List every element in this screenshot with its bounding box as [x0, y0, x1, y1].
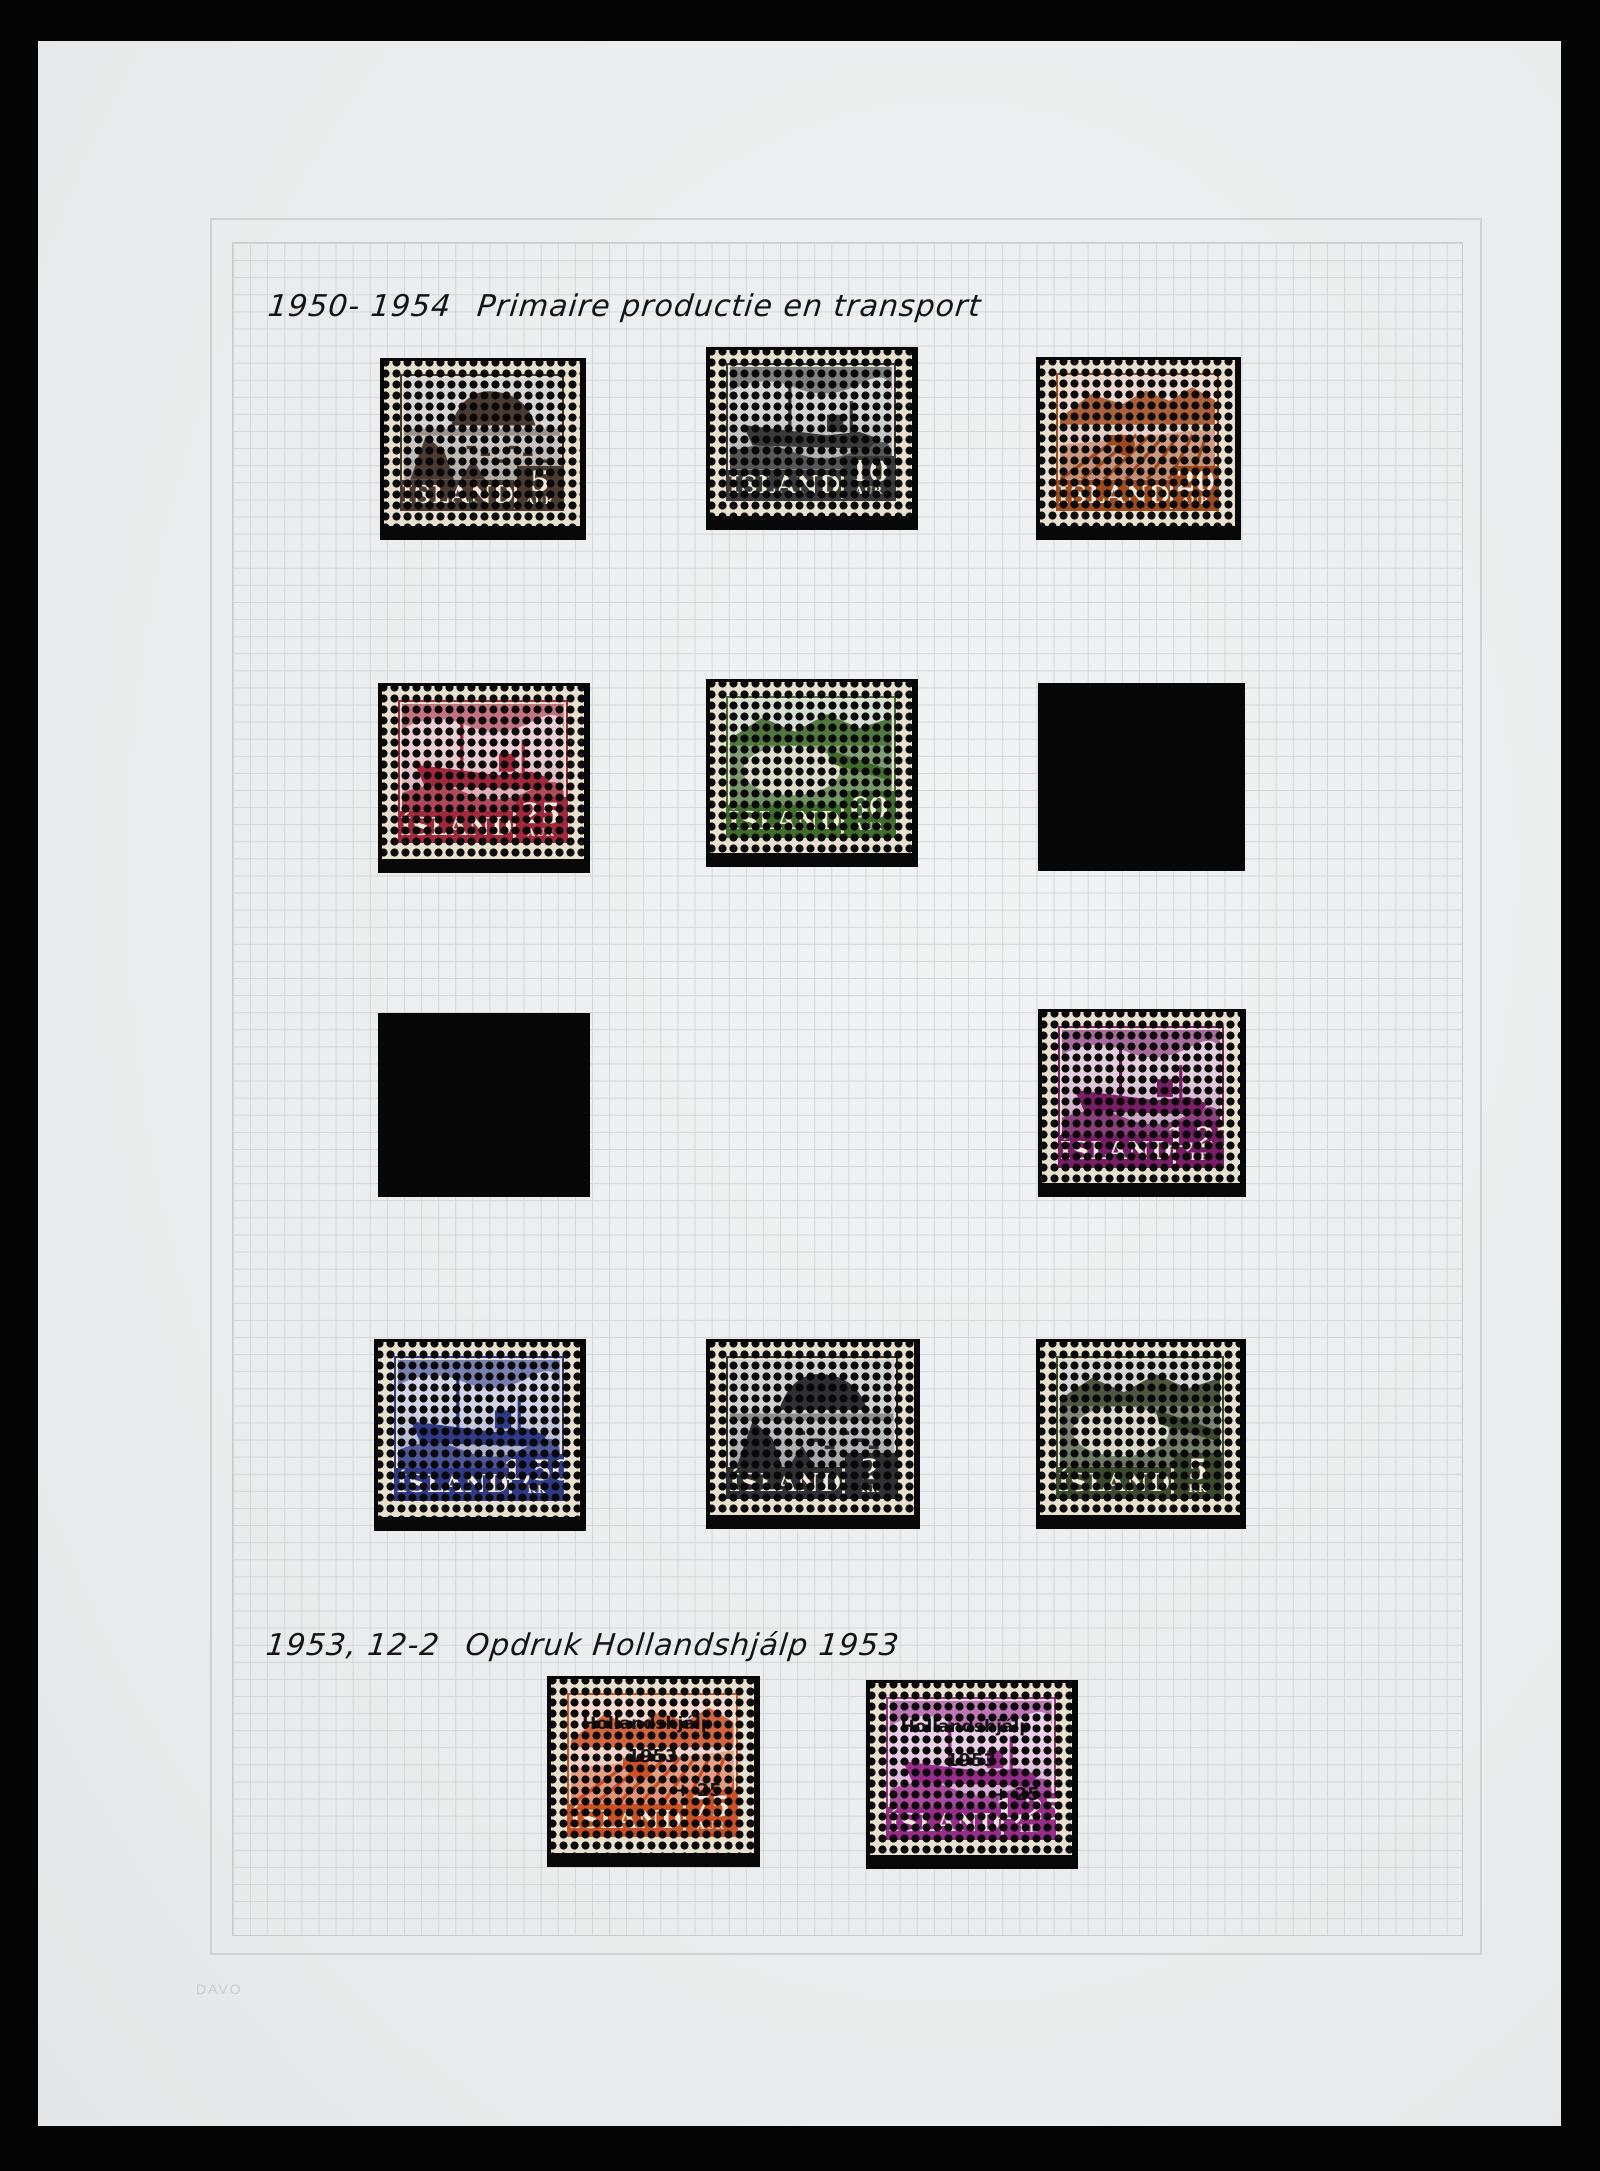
- stamp-overprint: Hollandshjálp 1953 + 25: [888, 1718, 1054, 1804]
- stamp: ÍSLAND 20 AUR: [1040, 360, 1235, 526]
- stamp-design: ÍSLAND 5 KR: [1056, 1356, 1224, 1500]
- rock-harbour-scene-icon: [730, 1360, 893, 1467]
- stamp-country: ÍSLAND: [1058, 1467, 1171, 1498]
- stamp-mount: ÍSLAND 60 AUR: [706, 679, 918, 867]
- stamp-mount: ÍSLAND 10 AUR: [706, 347, 918, 530]
- stamp-label-band: ÍSLAND 5 KR: [1058, 1467, 1222, 1498]
- stamp-vignette: [730, 1360, 893, 1467]
- sheep-scene-icon: [1060, 1360, 1220, 1467]
- stamp-mount: ÍSLAND 2 KR: [706, 1339, 920, 1529]
- stamp-denomination: 60 AUR: [844, 791, 894, 835]
- stamp-label-band: ÍSLAND 2 KR: [728, 1467, 895, 1498]
- stamp-label-band: ÍSLAND 1,25 KR: [888, 1807, 1054, 1838]
- stamp-unit: KR: [861, 1485, 880, 1495]
- stamp-country: ÍSLAND: [1058, 480, 1171, 509]
- trawler-scene-icon: [1062, 1030, 1220, 1136]
- stamp: ÍSLAND 1,50 KR: [378, 1342, 580, 1517]
- stamp-country: ÍSLAND: [1060, 1135, 1173, 1165]
- stamp-country: ÍSLAND: [728, 805, 841, 835]
- stamp-country: ÍSLAND: [396, 1468, 509, 1499]
- stamp-value: 60: [850, 794, 889, 822]
- stamp-value: 1,25: [1166, 1124, 1234, 1152]
- stamp: ÍSLAND 1,25 KR Hollandshjálp 1953 + 25: [870, 1683, 1072, 1855]
- stamp-label-band: ÍSLAND 5 AUR: [402, 480, 563, 509]
- stamp-unit: AUR: [1182, 497, 1210, 507]
- stamp-design: ÍSLAND 10 AUR: [726, 363, 896, 501]
- stamp-value: 2: [861, 1456, 880, 1484]
- stamp-design: ÍSLAND 1,25 KR Hollandshjálp 1953 + 25: [886, 1697, 1056, 1840]
- publisher-watermark: DAVO: [196, 1981, 243, 1997]
- stamp-mount: ÍSLAND 75 AUR Hollandshjálp 1953 + 25: [547, 1676, 760, 1867]
- stamp-denomination: 5 AUR: [517, 466, 562, 509]
- stamp-label-band: ÍSLAND 75 AUR: [569, 1804, 736, 1835]
- overprint-year: 1953: [888, 1751, 1054, 1771]
- stamp-value: 25: [522, 800, 561, 828]
- stamp-value: 5: [530, 468, 549, 496]
- section-heading-1: 1950- 1954Primaire productie en transpor…: [220, 254, 986, 359]
- stamp-denomination: 1,25 KR: [1176, 1121, 1225, 1165]
- stamp-unit: KR: [1190, 1153, 1209, 1163]
- stamp-value: 5: [1188, 1456, 1207, 1484]
- stamp-label-band: ÍSLAND 1,25 KR: [1060, 1135, 1222, 1165]
- stamp-label-band: ÍSLAND 20 AUR: [1058, 480, 1218, 509]
- stamp-label-band: ÍSLAND 1,50 KR: [396, 1468, 562, 1499]
- stamp: ÍSLAND 2 KR: [710, 1342, 914, 1515]
- stamp-country: ÍSLAND: [402, 480, 515, 509]
- sheep-scene-icon: [730, 700, 892, 806]
- stamp: ÍSLAND 25 AUR: [382, 686, 584, 859]
- empty-stamp-mount: [378, 1013, 590, 1197]
- album-page: 1950- 1954Primaire productie en transpor…: [38, 41, 1561, 2126]
- stamp-vignette: [730, 700, 892, 806]
- heading-date: 1953, 12-2: [264, 1628, 441, 1663]
- trawler-scene-icon: [402, 704, 564, 811]
- stamp-vignette: [1060, 1360, 1220, 1467]
- stamp-mount: ÍSLAND 1,25 KR: [1038, 1009, 1246, 1197]
- stamp-unit: AUR: [697, 1822, 725, 1832]
- stamp-unit: KR: [527, 1486, 546, 1496]
- stamp-design: ÍSLAND 1,25 KR: [1058, 1026, 1224, 1168]
- stamp-value: 20: [1176, 468, 1215, 496]
- heading-title: Opdruk Hollandshjálp 1953: [464, 1628, 901, 1663]
- stamp-label-band: ÍSLAND 60 AUR: [728, 805, 894, 835]
- stamp-overprint: Hollandshjálp 1953 + 25: [569, 1715, 736, 1801]
- stamp-label-band: ÍSLAND 10 AUR: [728, 470, 894, 499]
- stamp: ÍSLAND 5 AUR: [384, 361, 580, 526]
- overprint-surcharge: + 25: [569, 1781, 736, 1801]
- stamp: ÍSLAND 75 AUR Hollandshjálp 1953 + 25: [551, 1679, 754, 1853]
- trawler-scene-icon: [398, 1360, 560, 1468]
- stamp-denomination: 1,50 KR: [512, 1454, 562, 1499]
- stamp-unit: AUR: [526, 497, 554, 507]
- stamp: ÍSLAND 10 AUR: [710, 350, 912, 516]
- stamp-design: ÍSLAND 60 AUR: [726, 696, 896, 838]
- stamp-mount: ÍSLAND 5 KR: [1036, 1339, 1246, 1529]
- stamp-design: ÍSLAND 5 AUR: [400, 374, 565, 511]
- stamp: ÍSLAND 60 AUR: [710, 682, 912, 853]
- stamp-country: ÍSLAND: [728, 1467, 842, 1498]
- stamp-vignette: [1062, 1030, 1220, 1136]
- stamp-mount: ÍSLAND 5 AUR: [380, 358, 586, 540]
- overprint-text: Hollandshjálp: [878, 1718, 1054, 1737]
- overprint-year: 1953: [569, 1747, 736, 1767]
- stamp-unit: AUR: [855, 823, 883, 833]
- stamp-design: ÍSLAND 1,50 KR: [394, 1356, 564, 1501]
- stamp-unit: AUR: [527, 829, 555, 839]
- stamp-design: ÍSLAND 20 AUR: [1056, 373, 1220, 511]
- empty-stamp-mount: [1038, 683, 1245, 871]
- stamp-denomination: 10 AUR: [844, 456, 894, 499]
- stamp-mount: ÍSLAND 1,50 KR: [374, 1339, 586, 1531]
- stamp-vignette: [402, 704, 564, 811]
- stamp-vignette: [398, 1360, 560, 1468]
- stamp-mount: ÍSLAND 25 AUR: [378, 683, 590, 873]
- stamp-country: ÍSLAND: [400, 811, 513, 842]
- stamp-label-band: ÍSLAND 25 AUR: [400, 811, 566, 842]
- stamp-denomination: 20 AUR: [1173, 466, 1217, 509]
- overprint-surcharge: + 25: [888, 1785, 1054, 1805]
- stamp-design: ÍSLAND 75 AUR Hollandshjálp 1953 + 25: [567, 1693, 738, 1837]
- stamp-unit: KR: [1019, 1825, 1038, 1835]
- stamp-denomination: 2 KR: [845, 1453, 895, 1498]
- stamp-denomination: 5 KR: [1174, 1453, 1222, 1498]
- stamp: ÍSLAND 1,25 KR: [1042, 1012, 1240, 1183]
- stamp-design: ÍSLAND 2 KR: [726, 1356, 897, 1500]
- stamp-value: 1,50: [503, 1457, 571, 1485]
- stamp: ÍSLAND 5 KR: [1040, 1342, 1240, 1515]
- heading-date: 1950- 1954: [266, 289, 453, 324]
- overprint-text: Hollandshjálp: [559, 1715, 736, 1734]
- stamp-unit: KR: [1188, 1485, 1207, 1495]
- stamp-mount: ÍSLAND 20 AUR: [1036, 357, 1241, 540]
- stamp-country: ÍSLAND: [888, 1807, 1001, 1838]
- stamp-unit: AUR: [855, 487, 883, 497]
- heading-title: Primaire productie en transport: [475, 289, 983, 324]
- stamp-mount: ÍSLAND 1,25 KR Hollandshjálp 1953 + 25: [866, 1680, 1078, 1869]
- stamp-country: ÍSLAND: [569, 1804, 683, 1835]
- stamp-denomination: 25 AUR: [516, 797, 566, 842]
- stamp-country: ÍSLAND: [728, 470, 841, 499]
- stamp-design: ÍSLAND 25 AUR: [398, 700, 568, 844]
- stamp-value: 10: [850, 458, 889, 486]
